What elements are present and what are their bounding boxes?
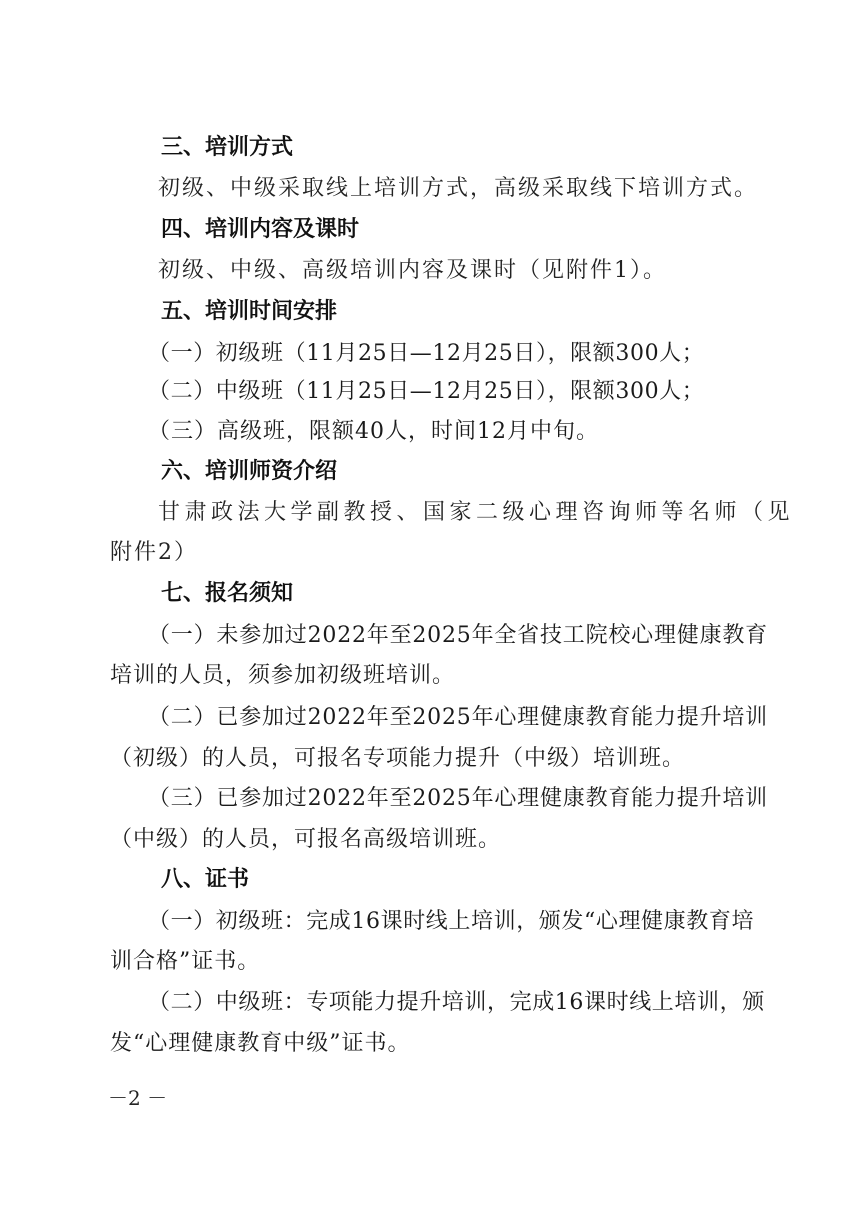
page-number: －2 － [108, 1082, 167, 1111]
section-heading-registration: 七、报名须知 [161, 580, 293, 608]
registration-item-1-cont: 培训的人员，须参加初级班培训。 [110, 662, 455, 690]
certificate-item-1: （一）初级班：完成16课时线上培训，颁发“心理健康教育培 [148, 908, 754, 936]
registration-item-2-cont: （初级）的人员，可报名专项能力提升（中级）培训班。 [110, 745, 685, 773]
registration-item-3: （三）已参加过2022年至2025年心理健康教育能力提升培训 [148, 785, 768, 813]
certificate-item-1-cont: 训合格”证书。 [110, 948, 260, 976]
paragraph-training-content: 初级、中级、高级培训内容及课时（见附件1）。 [158, 257, 667, 285]
section-heading-certificate: 八、证书 [161, 866, 249, 894]
section-heading-schedule: 五、培训时间安排 [161, 298, 337, 326]
paragraph-instructors-cont: 附件2） [110, 539, 198, 567]
paragraph-instructors: 甘肃政法大学副教授、国家二级心理咨询师等名师（见 [158, 499, 794, 527]
schedule-item-advanced: （三）高级班，限额40人，时间12月中旬。 [148, 418, 599, 446]
paragraph-training-method: 初级、中级采取线上培训方式，高级采取线下培训方式。 [158, 175, 758, 203]
registration-item-1: （一）未参加过2022年至2025年全省技工院校心理健康教育 [148, 622, 768, 650]
certificate-item-2-cont: 发“心理健康教育中级”证书。 [110, 1030, 411, 1058]
registration-item-3-cont: （中级）的人员，可报名高级培训班。 [110, 826, 501, 854]
certificate-item-2: （二）中级班：专项能力提升培训，完成16课时线上培训，颁 [148, 989, 765, 1017]
section-heading-training-method: 三、培训方式 [161, 134, 293, 162]
section-heading-instructors: 六、培训师资介绍 [161, 458, 337, 486]
registration-item-2: （二）已参加过2022年至2025年心理健康教育能力提升培训 [148, 704, 768, 732]
section-heading-training-content: 四、培训内容及课时 [161, 216, 359, 244]
schedule-item-beginner: （一）初级班（11月25日—12月25日），限额300人； [148, 340, 704, 368]
schedule-item-intermediate: （二）中级班（11月25日—12月25日），限额300人； [148, 378, 704, 406]
